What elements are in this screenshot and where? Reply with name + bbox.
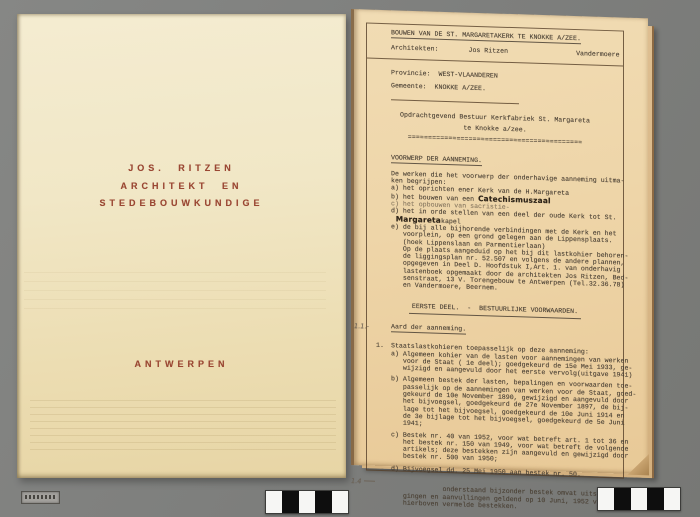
calibration-bar-left xyxy=(265,490,349,514)
calibration-square xyxy=(614,488,630,510)
calibration-square xyxy=(664,488,680,510)
part-one-title: EERSTE DEEL. - BESTUURLIJKE VOORWAARDEN. xyxy=(409,302,581,319)
calibration-square xyxy=(631,488,647,510)
calibration-square xyxy=(598,488,614,510)
bestek-item-c: c) Bestek nr. 40 van 1952, voor wat betr… xyxy=(391,431,623,467)
calibration-square xyxy=(647,488,663,510)
architects-row: Architekten: Jos Ritzen Vandermoere xyxy=(391,45,619,59)
part-one-title-row: EERSTE DEEL. - BESTUURLIJKE VOORWAARDEN. xyxy=(367,301,623,320)
architect-name-1: Jos Ritzen xyxy=(468,47,508,56)
scan-background: JOS. RITZEN ARCHITEKT EN STEDEBOUWKUNDIG… xyxy=(0,0,700,517)
pencil-note-1-4: 1.4 xyxy=(351,478,375,486)
header-box: BOUWEN VAN DE ST. MARGARETAKERK TE KNOKK… xyxy=(367,24,623,67)
architect-name-2: Vandermoere xyxy=(576,50,620,59)
document-content: BOUWEN VAN DE ST. MARGARETAKERK TE KNOKK… xyxy=(367,24,623,478)
commission-block: Opdrachtgevend Bestuur Kerkfabriek St. M… xyxy=(367,108,623,149)
pencil-note-1-4-text: 1.4 xyxy=(351,477,362,485)
aard-heading: Aard der aanneming. xyxy=(391,323,466,335)
document-page: BOUWEN VAN DE ST. MARGARETAKERK TE KNOKK… xyxy=(351,9,648,474)
cover-title-line-1: JOS. RITZEN xyxy=(17,160,346,178)
cover-title: JOS. RITZEN ARCHITEKT EN STEDEBOUWKUNDIG… xyxy=(17,160,346,213)
cover-title-line-3: STEDEBOUWKUNDIGE xyxy=(17,195,346,213)
content-frame: BOUWEN VAN DE ST. MARGARETAKERK TE KNOKK… xyxy=(366,22,624,478)
inventory-sticker xyxy=(21,491,60,504)
calibration-square xyxy=(332,491,348,513)
calibration-square xyxy=(299,491,315,513)
cover-title-line-2: ARCHITEKT EN xyxy=(17,178,346,196)
cover-city: ANTWERPEN xyxy=(17,359,346,369)
cover-page: JOS. RITZEN ARCHITEKT EN STEDEBOUWKUNDIG… xyxy=(17,14,346,478)
bestek-item-b: b) Algemeen bestek der lasten, bepalinge… xyxy=(391,376,623,434)
aard-heading-row: 1.1.- Aard der aanneming. xyxy=(391,323,623,340)
pencil-tick xyxy=(364,480,375,481)
item-number-1: 1. xyxy=(376,342,384,350)
subject-heading-row: VOORWERP DER AANNEMING. xyxy=(391,154,623,171)
calibration-square xyxy=(266,491,282,513)
calibration-square xyxy=(282,491,298,513)
section-rule xyxy=(391,99,519,104)
architects-label: Architekten: xyxy=(391,45,438,54)
calibration-square xyxy=(315,491,331,513)
closing-paragraph: 1.4onderstaand bijzonder bestek omvat ui… xyxy=(391,477,623,517)
page-corner-fold xyxy=(623,453,649,476)
subject-item-e: e) de bij alle bijhorende verbindingen m… xyxy=(391,223,623,296)
calibration-bar-right xyxy=(597,487,681,511)
document-title: BOUWEN VAN DE ST. MARGARETAKERK TE KNOKK… xyxy=(391,29,581,44)
subject-heading: VOORWERP DER AANNEMING. xyxy=(391,154,482,166)
pencil-note-1-1: 1.1.- xyxy=(354,323,369,331)
sticker-text-illegible xyxy=(25,495,56,499)
